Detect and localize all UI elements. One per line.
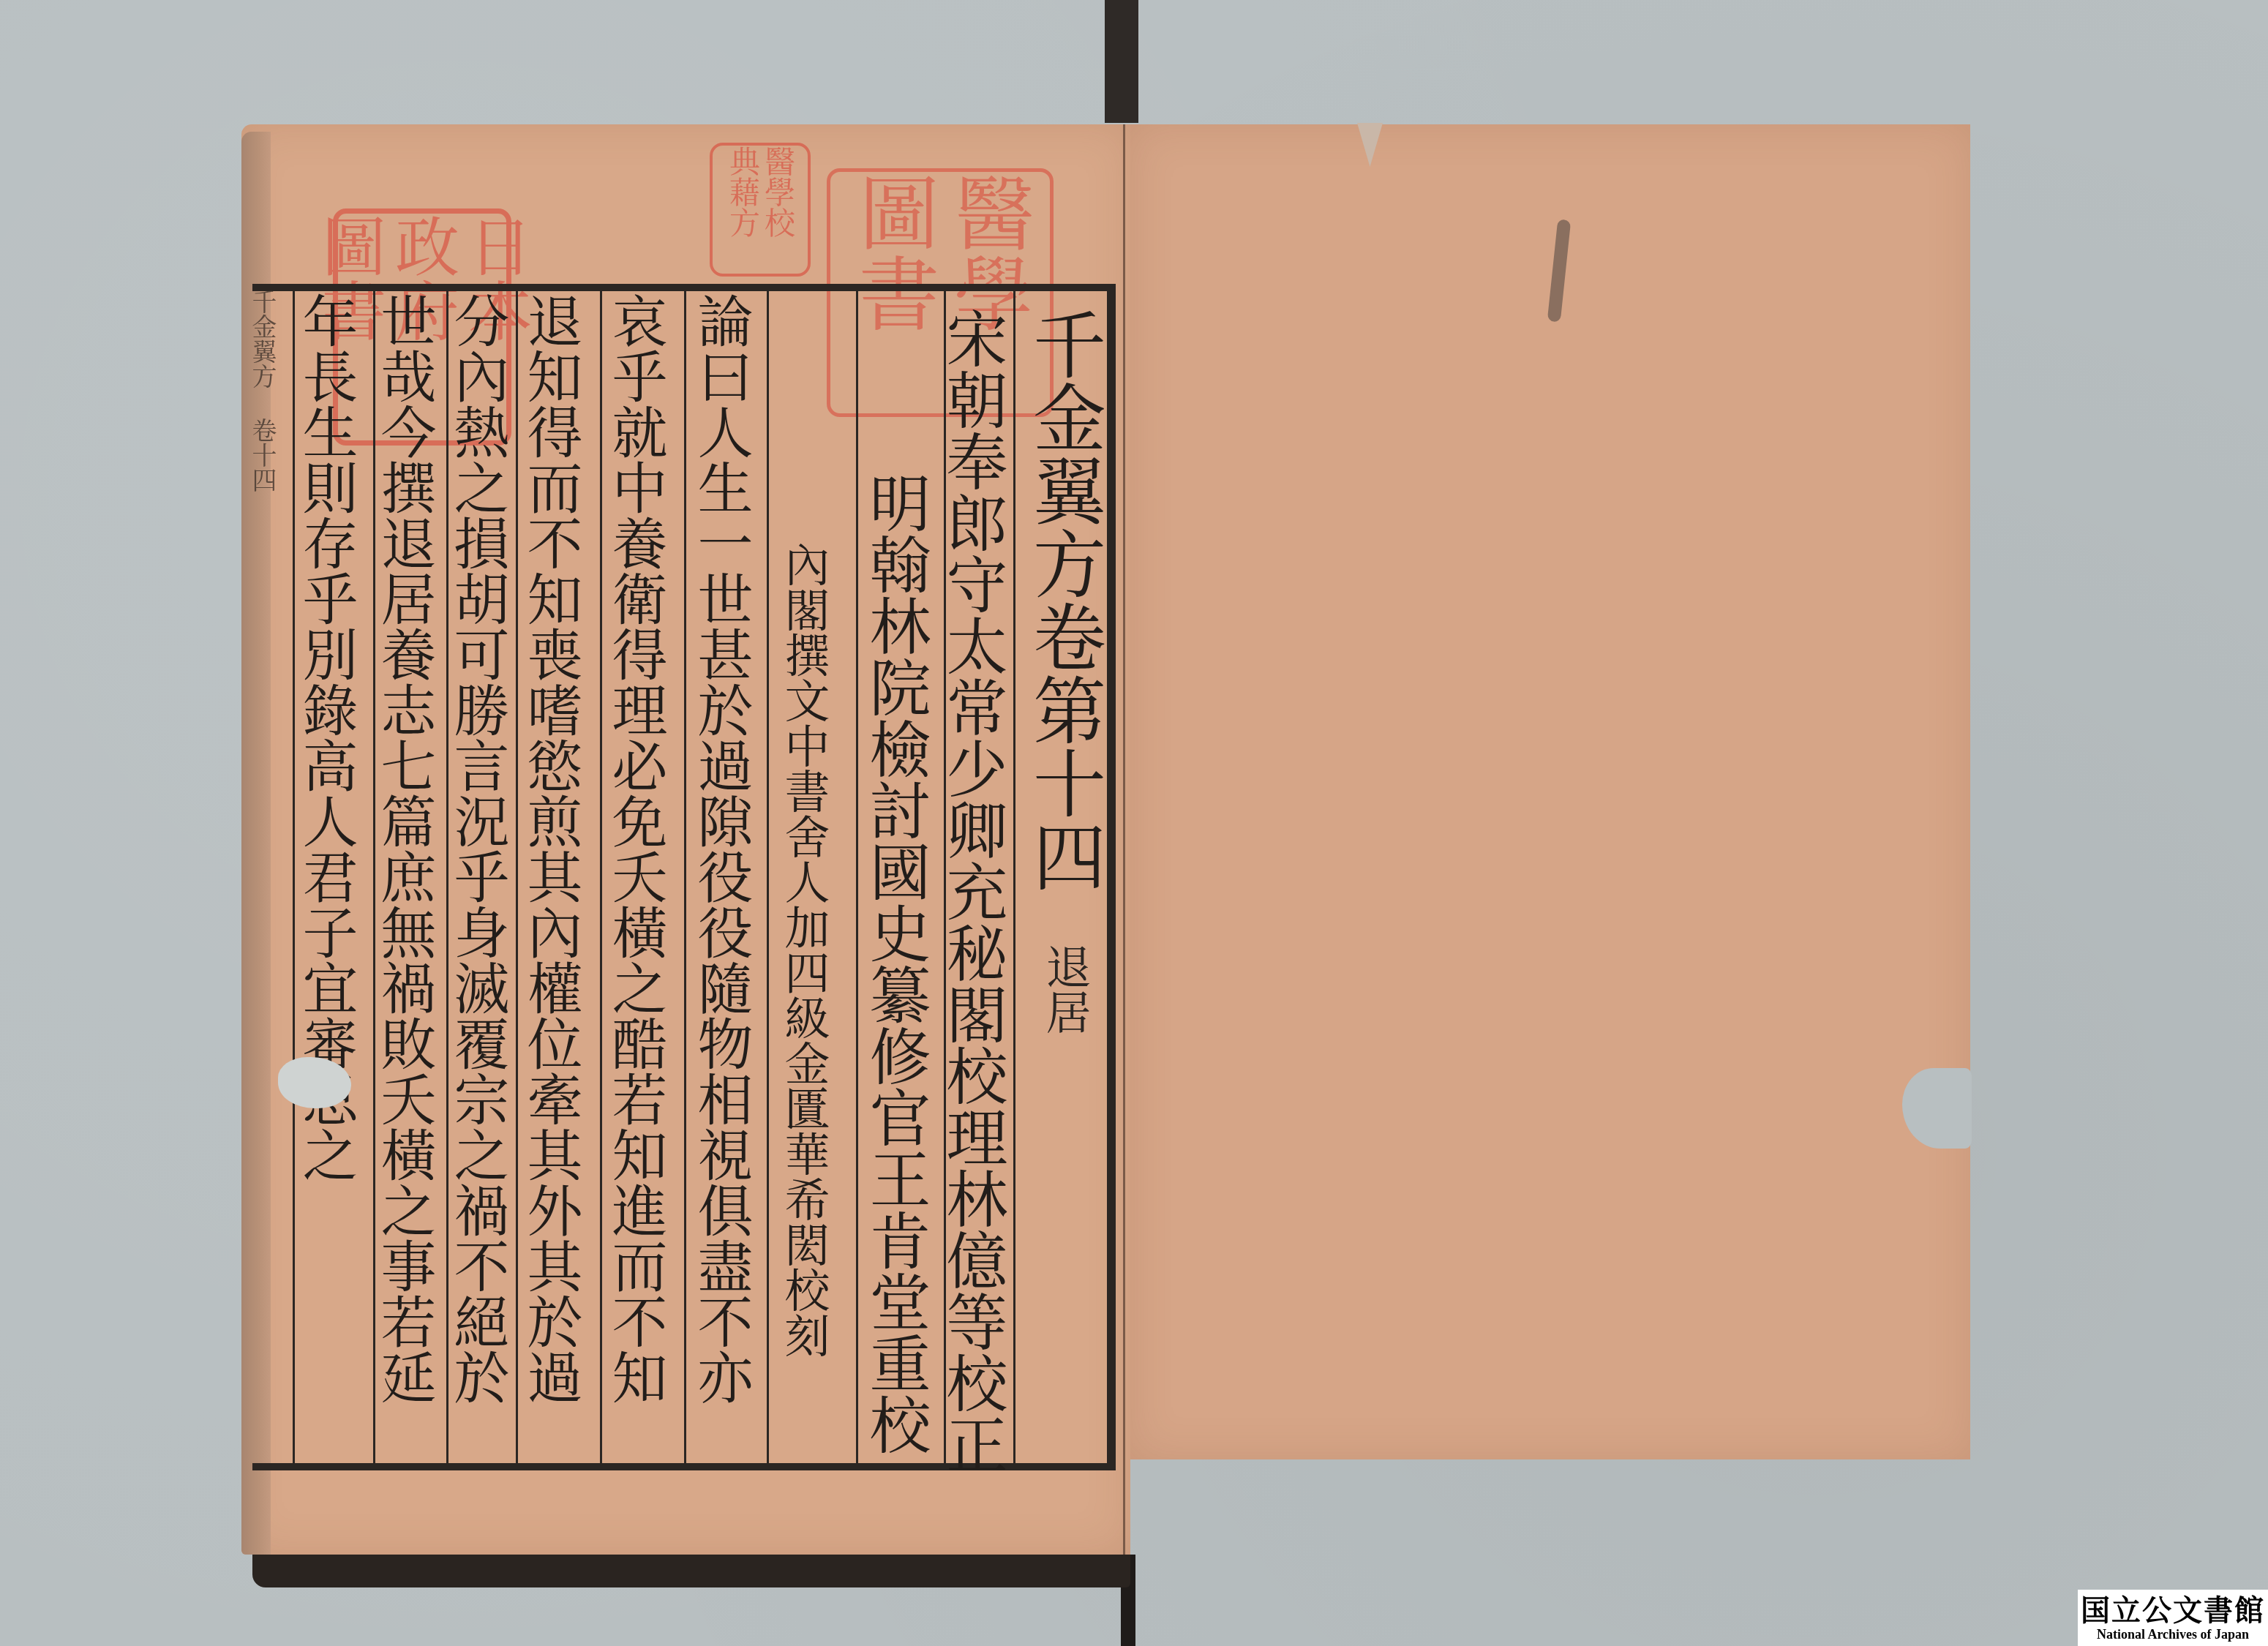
margin-title: 千金翼方 卷十四 — [247, 289, 275, 492]
body-text-line: 論曰人生一世甚於過隙役役隨物相視俱盡不亦 — [691, 293, 750, 1405]
seal-text: 醫學校 典藉方 — [725, 146, 795, 274]
chapter-subtitle: 退居 — [1042, 944, 1087, 1034]
chapter-title: 千金翼方卷第十四 — [1023, 307, 1103, 892]
body-text-line: 哀乎就中養衛得理必免夭橫之酷若知進而不知 — [606, 293, 664, 1405]
column-rule — [1013, 291, 1015, 1463]
column-rule — [600, 291, 602, 1463]
body-text-line: 世哉今撰退居養志七篇庶無禍敗夭橫之事若延 — [375, 293, 433, 1405]
body-text-line: 退知得而不知喪嗜慾煎其內權位牽其外其於過 — [521, 293, 579, 1405]
column-rule — [684, 291, 686, 1463]
gutter-fold — [1123, 124, 1125, 1555]
logo-english: National Archives of Japan — [2097, 1627, 2249, 1642]
editor-line: 明翰林院檢討國史纂修官王肯堂重校 — [863, 472, 928, 1455]
seal-medical-school: 醫學校 典藉方 — [710, 143, 811, 277]
body-text-line: 年長生則存乎別錄高人君子宜審思之 — [296, 293, 355, 1182]
column-rule — [767, 291, 769, 1463]
editor-line: 宋朝奉郎守太常少卿充秘閣校理林億等校正 — [940, 307, 1005, 1475]
right-page — [1130, 124, 1970, 1459]
logo-japanese: 国立公文書館 — [2081, 1595, 2265, 1627]
book-spine-top — [1105, 0, 1138, 123]
column-rule — [856, 291, 858, 1463]
archive-logo: 国立公文書館 National Archives of Japan — [2078, 1590, 2268, 1646]
editor-line: 內閣撰文中書舍人加四級金匱華希閎校刻 — [779, 541, 827, 1358]
body-text-line: 分內熱之損胡可勝言況乎身滅覆宗之禍不絕於 — [448, 293, 506, 1405]
left-page-shadow — [252, 1549, 1130, 1587]
